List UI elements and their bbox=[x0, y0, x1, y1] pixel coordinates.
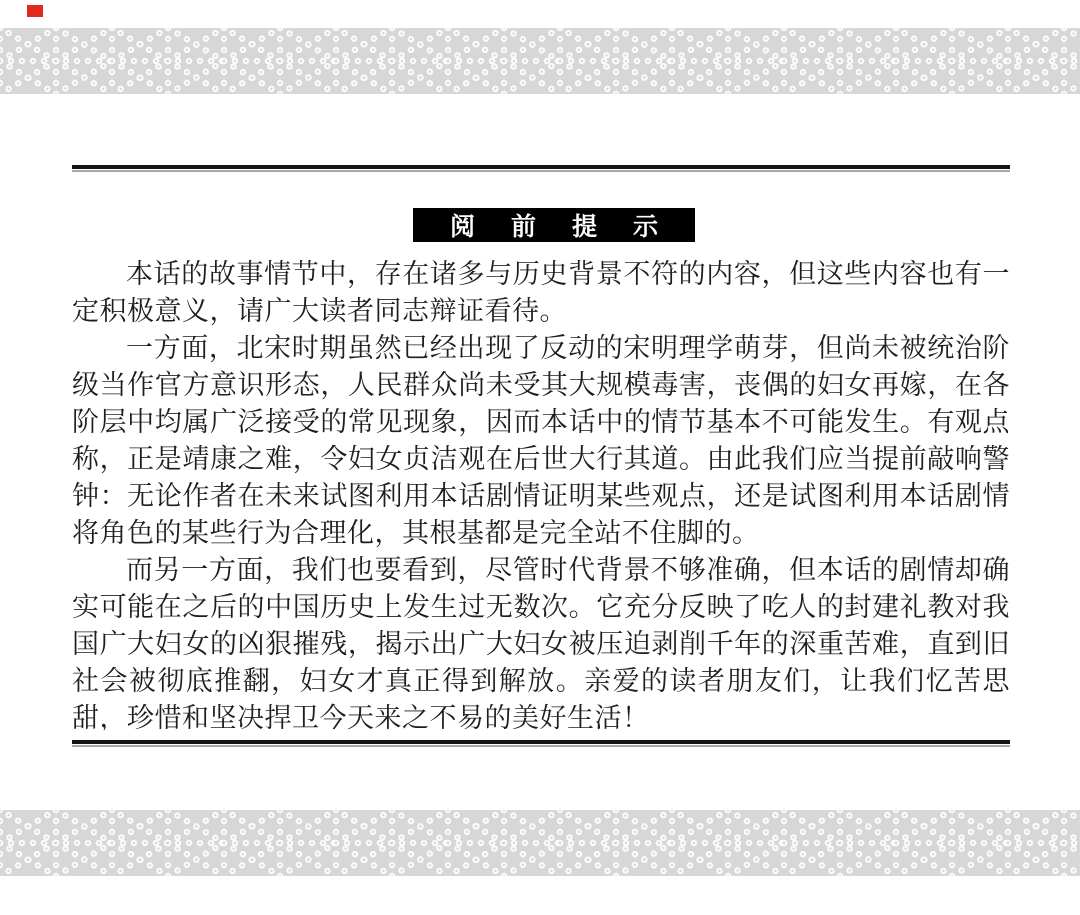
bottom-double-rule bbox=[72, 740, 1010, 747]
ornament-band-bottom bbox=[0, 810, 1080, 876]
notice-paragraph-3: 而另一方面，我们也要看到，尽管时代背景不够准确，但本话的剧情却确实可能在之后的中… bbox=[72, 552, 1010, 730]
notice-title: 阅前提示 bbox=[450, 207, 694, 243]
notice-content: 阅前提示 本话的故事情节中，存在诸多与历史背景不符的内容，但这些内容也有一定积极… bbox=[72, 165, 1010, 730]
notice-paragraph-1: 本话的故事情节中，存在诸多与历史背景不符的内容，但这些内容也有一定积极意义，请广… bbox=[72, 256, 1010, 330]
ornament-band-top bbox=[0, 28, 1080, 94]
document-page: 阅前提示 本话的故事情节中，存在诸多与历史背景不符的内容，但这些内容也有一定积极… bbox=[0, 0, 1080, 915]
notice-paragraph-2: 一方面，北宋时期虽然已经出现了反动的宋明理学萌芽，但尚未被统治阶级当作官方意识形… bbox=[72, 330, 1010, 552]
notice-body: 本话的故事情节中，存在诸多与历史背景不符的内容，但这些内容也有一定积极意义，请广… bbox=[72, 256, 1010, 730]
notice-title-box: 阅前提示 bbox=[413, 208, 695, 242]
top-double-rule bbox=[72, 165, 1010, 172]
red-corner-mark bbox=[27, 5, 43, 17]
